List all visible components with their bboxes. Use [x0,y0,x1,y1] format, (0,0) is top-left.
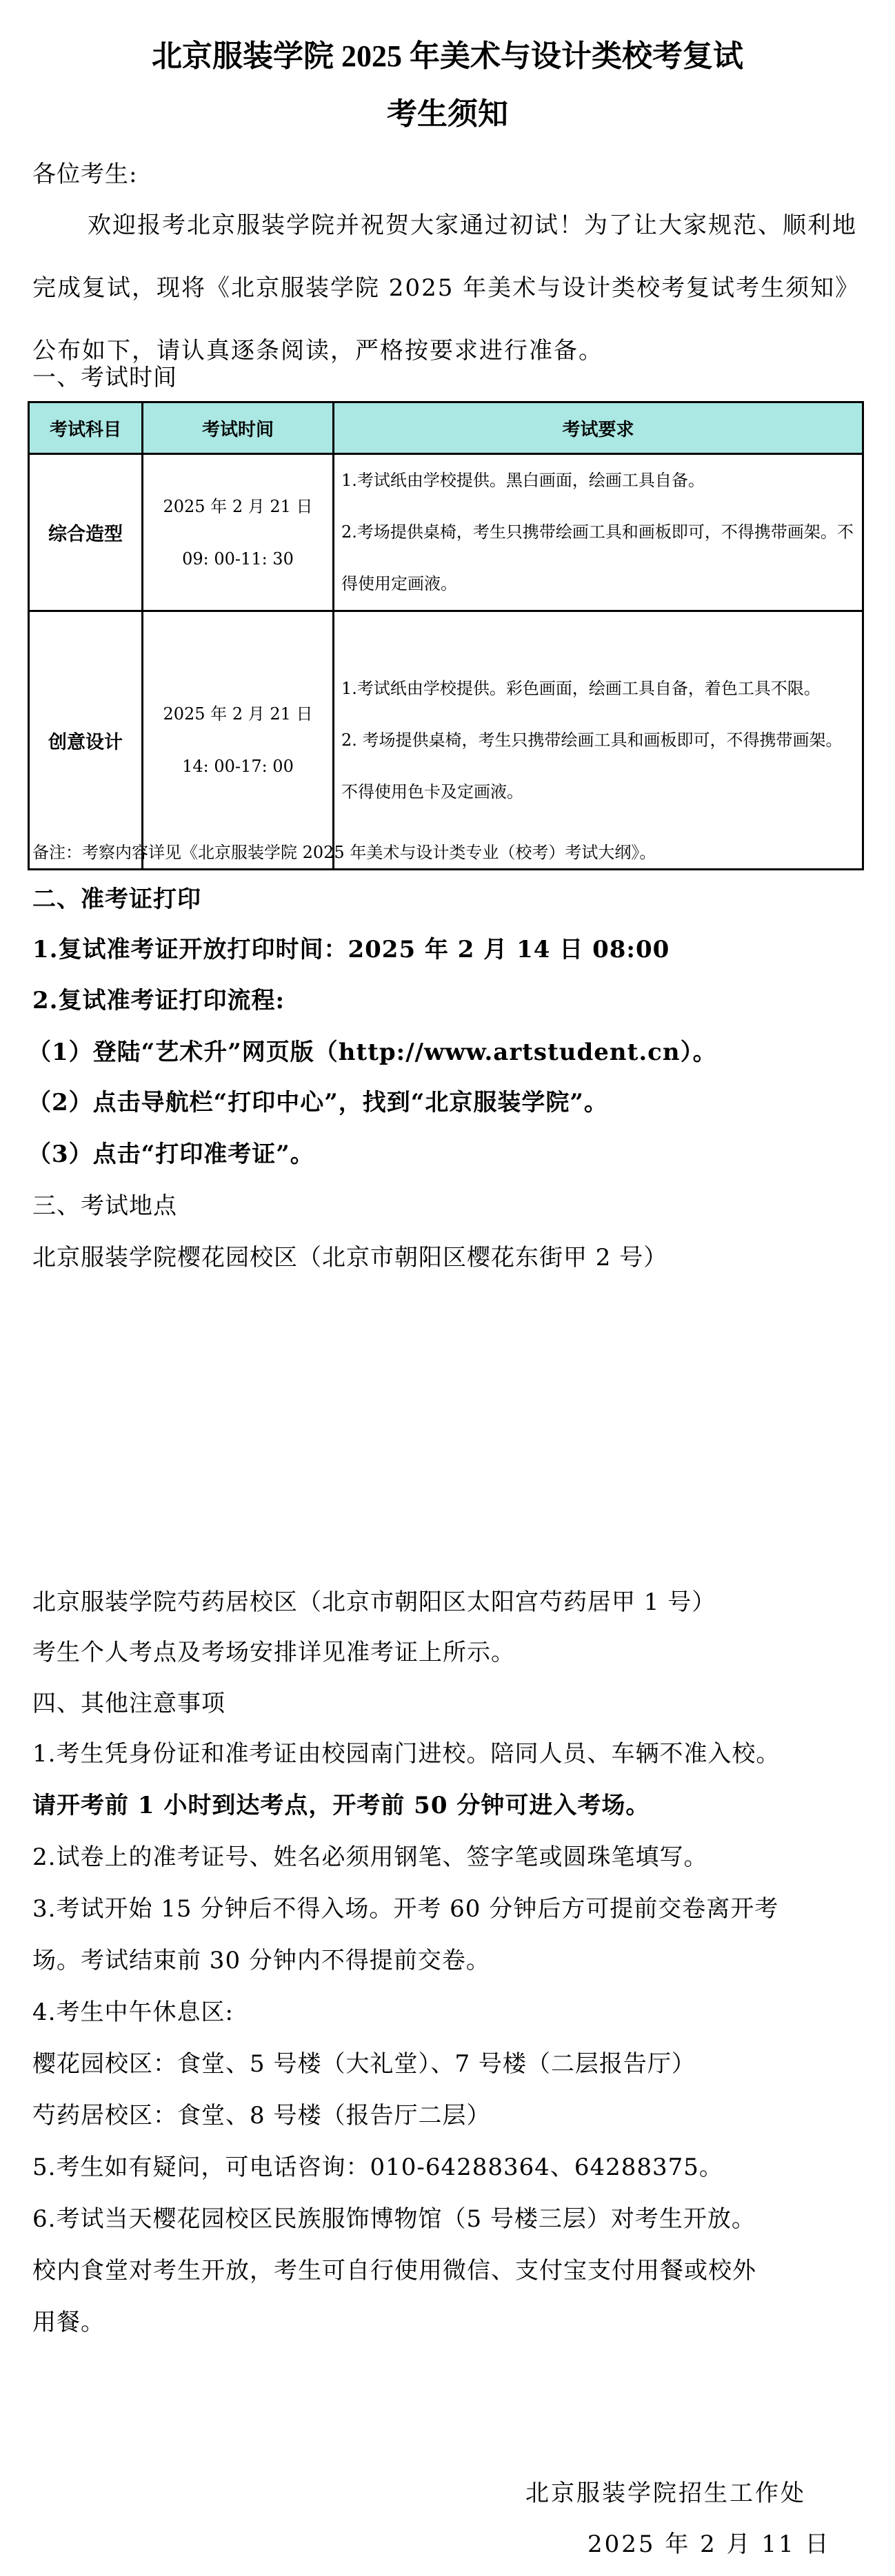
table-note: 备注：考察内容详见《北京服装学院 2025 年美术与设计类专业（校考）考试大纲》… [32,842,656,863]
page-subtitle: 考生须知 [0,96,895,132]
campus-address: 北京服装学院芍药居校区（北京市朝阳区太阳宫芍药居甲 1 号） [32,1588,716,1616]
page-title: 北京服装学院 2025 年美术与设计类校考复试 [0,39,895,74]
intro-text: 欢迎报考北京服装学院并祝贺大家通过初试！为了让大家规范、顺利地完成复试，现将《北… [32,212,860,365]
section-heading-notes: 四、其他注意事项 [32,1690,225,1717]
campus-address: 北京服装学院樱花园校区（北京市朝阳区樱花东街甲 2 号） [32,1244,667,1271]
subject-cell: 综合造型 [29,454,143,611]
print-step: （3）点击“打印准考证”。 [28,1141,314,1168]
print-step: （1）登陆“艺术升”网页版（http://www.artstudent.cn）。 [28,1039,717,1066]
notice-item-emphasis: 请开考前 1 小时到达考点，开考前 50 分钟可进入考场。 [32,1792,650,1819]
exam-arrangement-text: 考生个人考点及考场安排详见准考证上所示。 [32,1639,515,1666]
notice-item: 3.考试开始 15 分钟后不得入场。开考 60 分钟后方可提前交卷离开考 [32,1895,778,1923]
exam-time-range: 09: 00-11: 30 [144,533,332,585]
requirements-cell: 1.考试纸由学校提供。彩色画面，绘画工具自备，着色工具不限。 2. 考场提供桌椅… [334,611,863,870]
print-time-item: 1.复试准考证开放打印时间：2025 年 2 月 14 日 08:00 [32,936,670,963]
notice-item: 6.考试当天樱花园校区民族服饰博物馆（5 号楼三层）对考生开放。 [32,2205,756,2233]
notice-item: 2.试卷上的准考证号、姓名必须用钢笔、签字笔或圆珠笔填写。 [32,1843,707,1871]
intro-paragraph: 欢迎报考北京服装学院并祝贺大家通过初试！为了让大家规范、顺利地完成复试，现将《北… [32,194,867,382]
table-header-row: 考试科目 考试时间 考试要求 [29,402,863,454]
print-step: （2）点击导航栏“打印中心”，找到“北京服装学院”。 [28,1089,608,1116]
notice-item-continued: 用餐。 [32,2309,105,2336]
column-header-requirements: 考试要求 [334,402,863,454]
requirement-item: 1.考试纸由学校提供。黑白画面，绘画工具自备。 [341,455,855,507]
signature-date: 2025 年 2 月 11 日 [587,2531,830,2558]
subject-cell: 创意设计 [29,611,143,870]
notice-item: 5.考生如有疑问，可电话咨询：010-64288364、64288375。 [32,2154,723,2181]
requirement-item: 2. 考场提供桌椅，考生只携带绘画工具和画板即可，不得携带画架。不得使用色卡及定… [341,715,855,818]
column-header-subject: 考试科目 [29,402,143,454]
notice-item: 1.考生凭身份证和准考证由校园南门进校。陪同人员、车辆不准入校。 [32,1740,780,1768]
column-header-time: 考试时间 [143,402,334,454]
notice-item-continued: 场。考试结束前 30 分钟内不得提前交卷。 [32,1947,490,1974]
rest-area-item: 樱花园校区：食堂、5 号楼（大礼堂）、7 号楼（二层报告厅） [32,2050,696,2078]
table-row: 综合造型 2025 年 2 月 21 日 09: 00-11: 30 1.考试纸… [29,454,863,611]
section-heading-exam-location: 三、考试地点 [32,1192,177,1220]
requirements-cell: 1.考试纸由学校提供。黑白画面，绘画工具自备。 2.考场提供桌椅，考生只携带绘画… [334,454,863,611]
print-process-item: 2.复试准考证打印流程: [32,987,285,1014]
time-cell: 2025 年 2 月 21 日 09: 00-11: 30 [143,454,334,611]
rest-area-item: 芍药居校区：食堂、8 号楼（报告厅二层） [32,2102,490,2129]
requirement-item: 1.考试纸由学校提供。彩色画面，绘画工具自备，着色工具不限。 [341,663,855,715]
exam-date: 2025 年 2 月 21 日 [144,688,332,740]
section-heading-admission-ticket: 二、准考证打印 [32,886,201,913]
time-cell: 2025 年 2 月 21 日 14: 00-17: 00 [143,611,334,870]
notice-item: 4.考生中午休息区: [32,1999,234,2026]
requirement-item: 2.考场提供桌椅，考生只携带绘画工具和画板即可，不得携带画架。不得使用定画液。 [341,507,855,610]
section-heading-exam-time: 一、考试时间 [32,364,177,391]
greeting: 各位考生: [32,161,137,188]
exam-date: 2025 年 2 月 21 日 [144,480,332,533]
notice-item-continued: 校内食堂对考生开放，考生可自行使用微信、支付宝支付用餐或校外 [32,2257,756,2284]
table-row: 创意设计 2025 年 2 月 21 日 14: 00-17: 00 1.考试纸… [29,611,863,870]
exam-time-range: 14: 00-17: 00 [144,740,332,793]
signature-org: 北京服装学院招生工作处 [525,2480,806,2507]
exam-schedule-table: 考试科目 考试时间 考试要求 综合造型 2025 年 2 月 21 日 09: … [28,401,864,870]
